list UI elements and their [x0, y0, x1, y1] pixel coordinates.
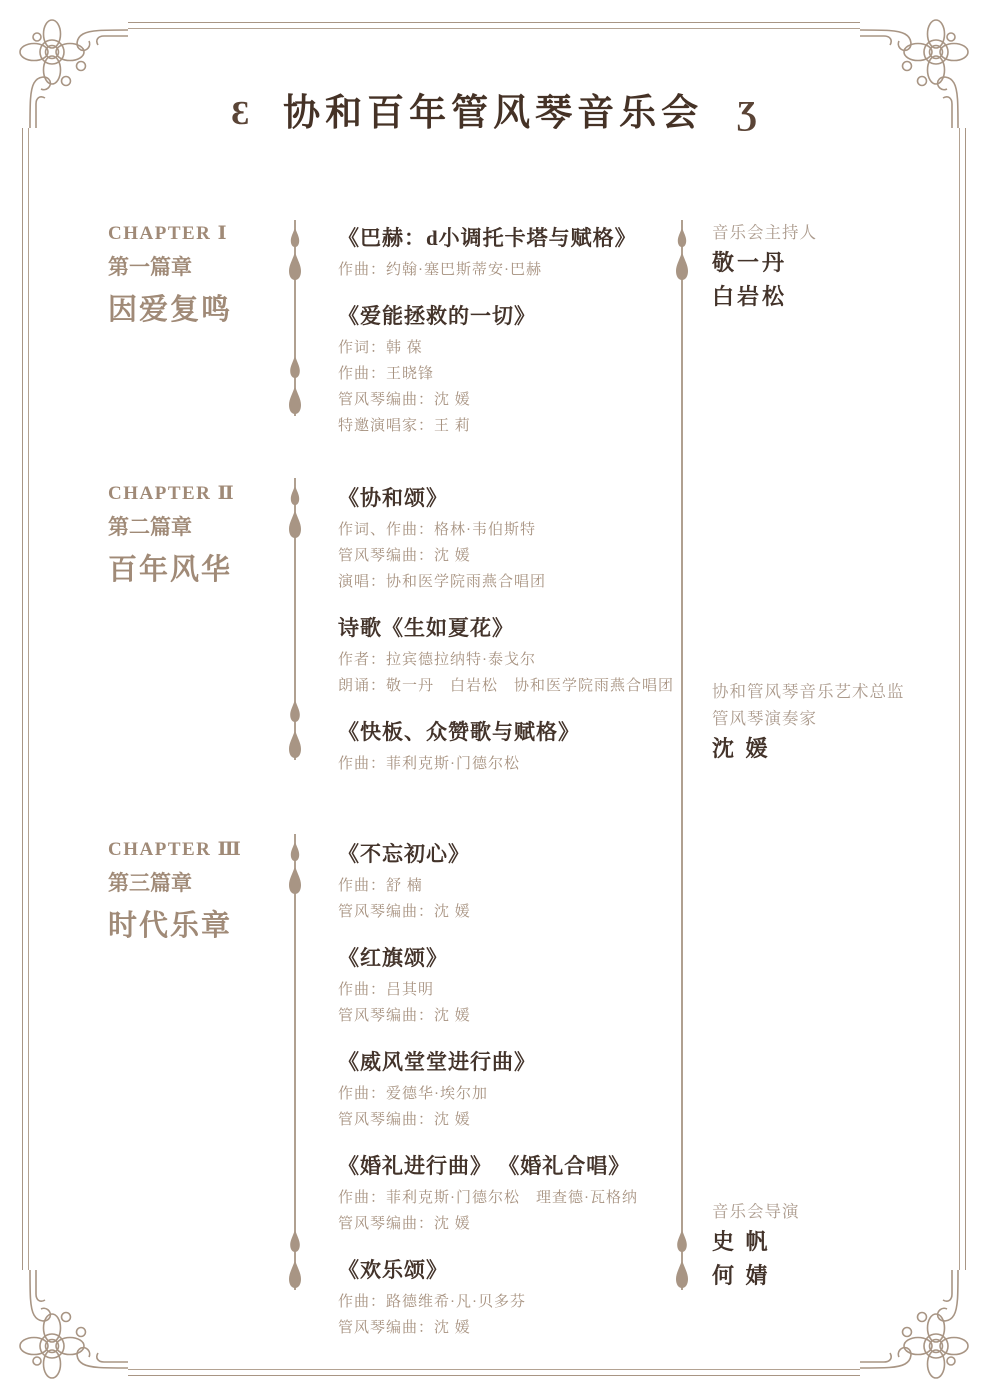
- chapter1-label-cn: 第一篇章: [108, 251, 308, 281]
- piece-credit: 作词、作曲：格林·韦伯斯特: [338, 517, 683, 543]
- piece-title: 《协和颂》: [338, 482, 683, 512]
- credit-name: 史 帆: [712, 1225, 962, 1259]
- piece: 《快板、众赞歌与赋格》 作曲：菲利克斯·门德尔松: [338, 716, 683, 777]
- flourish-right-icon: Ʒ: [737, 97, 757, 131]
- piece-title: 《欢乐颂》: [338, 1254, 683, 1284]
- piece: 《爱能拯救的一切》 作词：韩 葆 作曲：王晓锋 管风琴编曲：沈 媛 特邀演唱家：…: [338, 300, 683, 439]
- chapter1-pieces: 《巴赫：d小调托卡塔与赋格》 作曲：约翰·塞巴斯蒂安·巴赫 《爱能拯救的一切》 …: [338, 222, 683, 456]
- chapter2-label-en: CHAPTER Ⅱ: [108, 482, 308, 505]
- piece-credit: 管风琴编曲：沈 媛: [338, 899, 683, 925]
- piece-credit: 管风琴编曲：沈 媛: [338, 543, 683, 569]
- credit-role: 管风琴演奏家: [712, 705, 962, 732]
- piece-credit: 作曲：路德维希·凡·贝多芬: [338, 1289, 683, 1315]
- piece-credit: 演唱：协和医学院雨燕合唱团: [338, 569, 683, 595]
- credit-hosts: 音乐会主持人 敬一丹 白岩松: [712, 219, 962, 314]
- piece-credit: 管风琴编曲：沈 媛: [338, 1107, 683, 1133]
- chapter2-title: 百年风华: [108, 547, 308, 588]
- piece-credit: 作曲：吕其明: [338, 977, 683, 1003]
- piece: 《红旗颂》 作曲：吕其明 管风琴编曲：沈 媛: [338, 942, 683, 1029]
- chapter2-header: CHAPTER Ⅱ 第二篇章 百年风华: [108, 482, 308, 588]
- credit-role: 协和管风琴音乐艺术总监: [712, 678, 962, 705]
- chapter1-title: 因爱复鸣: [108, 287, 308, 328]
- chapter3-title: 时代乐章: [108, 903, 308, 944]
- chapter2-pieces: 《协和颂》 作词、作曲：格林·韦伯斯特 管风琴编曲：沈 媛 演唱：协和医学院雨燕…: [338, 482, 683, 794]
- floral-corner-icon: [8, 1270, 128, 1390]
- flourish-left-icon: Ɛ: [231, 97, 249, 131]
- piece-credit: 作曲：约翰·塞巴斯蒂安·巴赫: [338, 257, 683, 283]
- piece-credit: 作曲：菲利克斯·门德尔松: [338, 751, 683, 777]
- piece: 《欢乐颂》 作曲：路德维希·凡·贝多芬 管风琴编曲：沈 媛: [338, 1254, 683, 1341]
- chapter3-pieces: 《不忘初心》 作曲：舒 楠 管风琴编曲：沈 媛 《红旗颂》 作曲：吕其明 管风琴…: [338, 838, 683, 1358]
- piece: 《协和颂》 作词、作曲：格林·韦伯斯特 管风琴编曲：沈 媛 演唱：协和医学院雨燕…: [338, 482, 683, 595]
- piece-title: 《巴赫：d小调托卡塔与赋格》: [338, 222, 683, 252]
- piece-title: 《婚礼进行曲》 《婚礼合唱》: [338, 1150, 683, 1180]
- piece-title: 《快板、众赞歌与赋格》: [338, 716, 683, 746]
- piece-title: 《威风堂堂进行曲》: [338, 1046, 683, 1076]
- credit-name: 沈 媛: [712, 732, 962, 766]
- piece-credit: 作曲：爱德华·埃尔加: [338, 1081, 683, 1107]
- chapter3-label-cn: 第三篇章: [108, 867, 308, 897]
- piece-credit: 管风琴编曲：沈 媛: [338, 1211, 683, 1237]
- credit-directors: 音乐会导演 史 帆 何 婧: [712, 1198, 962, 1293]
- piece: 《巴赫：d小调托卡塔与赋格》 作曲：约翰·塞巴斯蒂安·巴赫: [338, 222, 683, 283]
- piece-credit: 朗诵：敬一丹 白岩松 协和医学院雨燕合唱团: [338, 673, 683, 699]
- chapter3-header: CHAPTER Ⅲ 第三篇章 时代乐章: [108, 838, 308, 944]
- chapter2-label-cn: 第二篇章: [108, 511, 308, 541]
- credit-name: 白岩松: [712, 280, 962, 314]
- piece-title: 《爱能拯救的一切》: [338, 300, 683, 330]
- chapter3-label-en: CHAPTER Ⅲ: [108, 838, 308, 861]
- credit-name: 敬一丹: [712, 246, 962, 280]
- piece-credit: 管风琴编曲：沈 媛: [338, 1003, 683, 1029]
- page-title: 协和百年管风琴音乐会: [283, 92, 703, 136]
- piece-credit: 作曲：菲利克斯·门德尔松 理查德·瓦格纳: [338, 1185, 683, 1211]
- piece-title: 《红旗颂》: [338, 942, 683, 972]
- piece-credit: 特邀演唱家：王 莉: [338, 413, 683, 439]
- page-header: Ɛ 协和百年管风琴音乐会 Ʒ: [0, 92, 988, 136]
- credit-role: 音乐会导演: [712, 1198, 962, 1225]
- piece: 诗歌《生如夏花》 作者：拉宾德拉纳特·泰戈尔 朗诵：敬一丹 白岩松 协和医学院雨…: [338, 612, 683, 699]
- chapter1-label-en: CHAPTER Ⅰ: [108, 222, 308, 245]
- piece-credit: 管风琴编曲：沈 媛: [338, 387, 683, 413]
- concert-program-page: { "header": { "title": "协和百年管风琴音乐会", "fl…: [0, 0, 988, 1398]
- piece: 《婚礼进行曲》 《婚礼合唱》 作曲：菲利克斯·门德尔松 理查德·瓦格纳 管风琴编…: [338, 1150, 683, 1237]
- corner-ornament-bottom-left: [8, 1270, 128, 1390]
- credit-role: 音乐会主持人: [712, 219, 962, 246]
- piece-title: 《不忘初心》: [338, 838, 683, 868]
- chapter1-header: CHAPTER Ⅰ 第一篇章 因爱复鸣: [108, 222, 308, 328]
- piece-credit: 作者：拉宾德拉纳特·泰戈尔: [338, 647, 683, 673]
- piece-title: 诗歌《生如夏花》: [338, 612, 683, 642]
- piece: 《不忘初心》 作曲：舒 楠 管风琴编曲：沈 媛: [338, 838, 683, 925]
- piece: 《威风堂堂进行曲》 作曲：爱德华·埃尔加 管风琴编曲：沈 媛: [338, 1046, 683, 1133]
- credit-organist: 协和管风琴音乐艺术总监 管风琴演奏家 沈 媛: [712, 678, 962, 766]
- piece-credit: 作曲：舒 楠: [338, 873, 683, 899]
- piece-credit: 管风琴编曲：沈 媛: [338, 1315, 683, 1341]
- piece-credit: 作词：韩 葆: [338, 335, 683, 361]
- piece-credit: 作曲：王晓锋: [338, 361, 683, 387]
- credit-name: 何 婧: [712, 1259, 962, 1293]
